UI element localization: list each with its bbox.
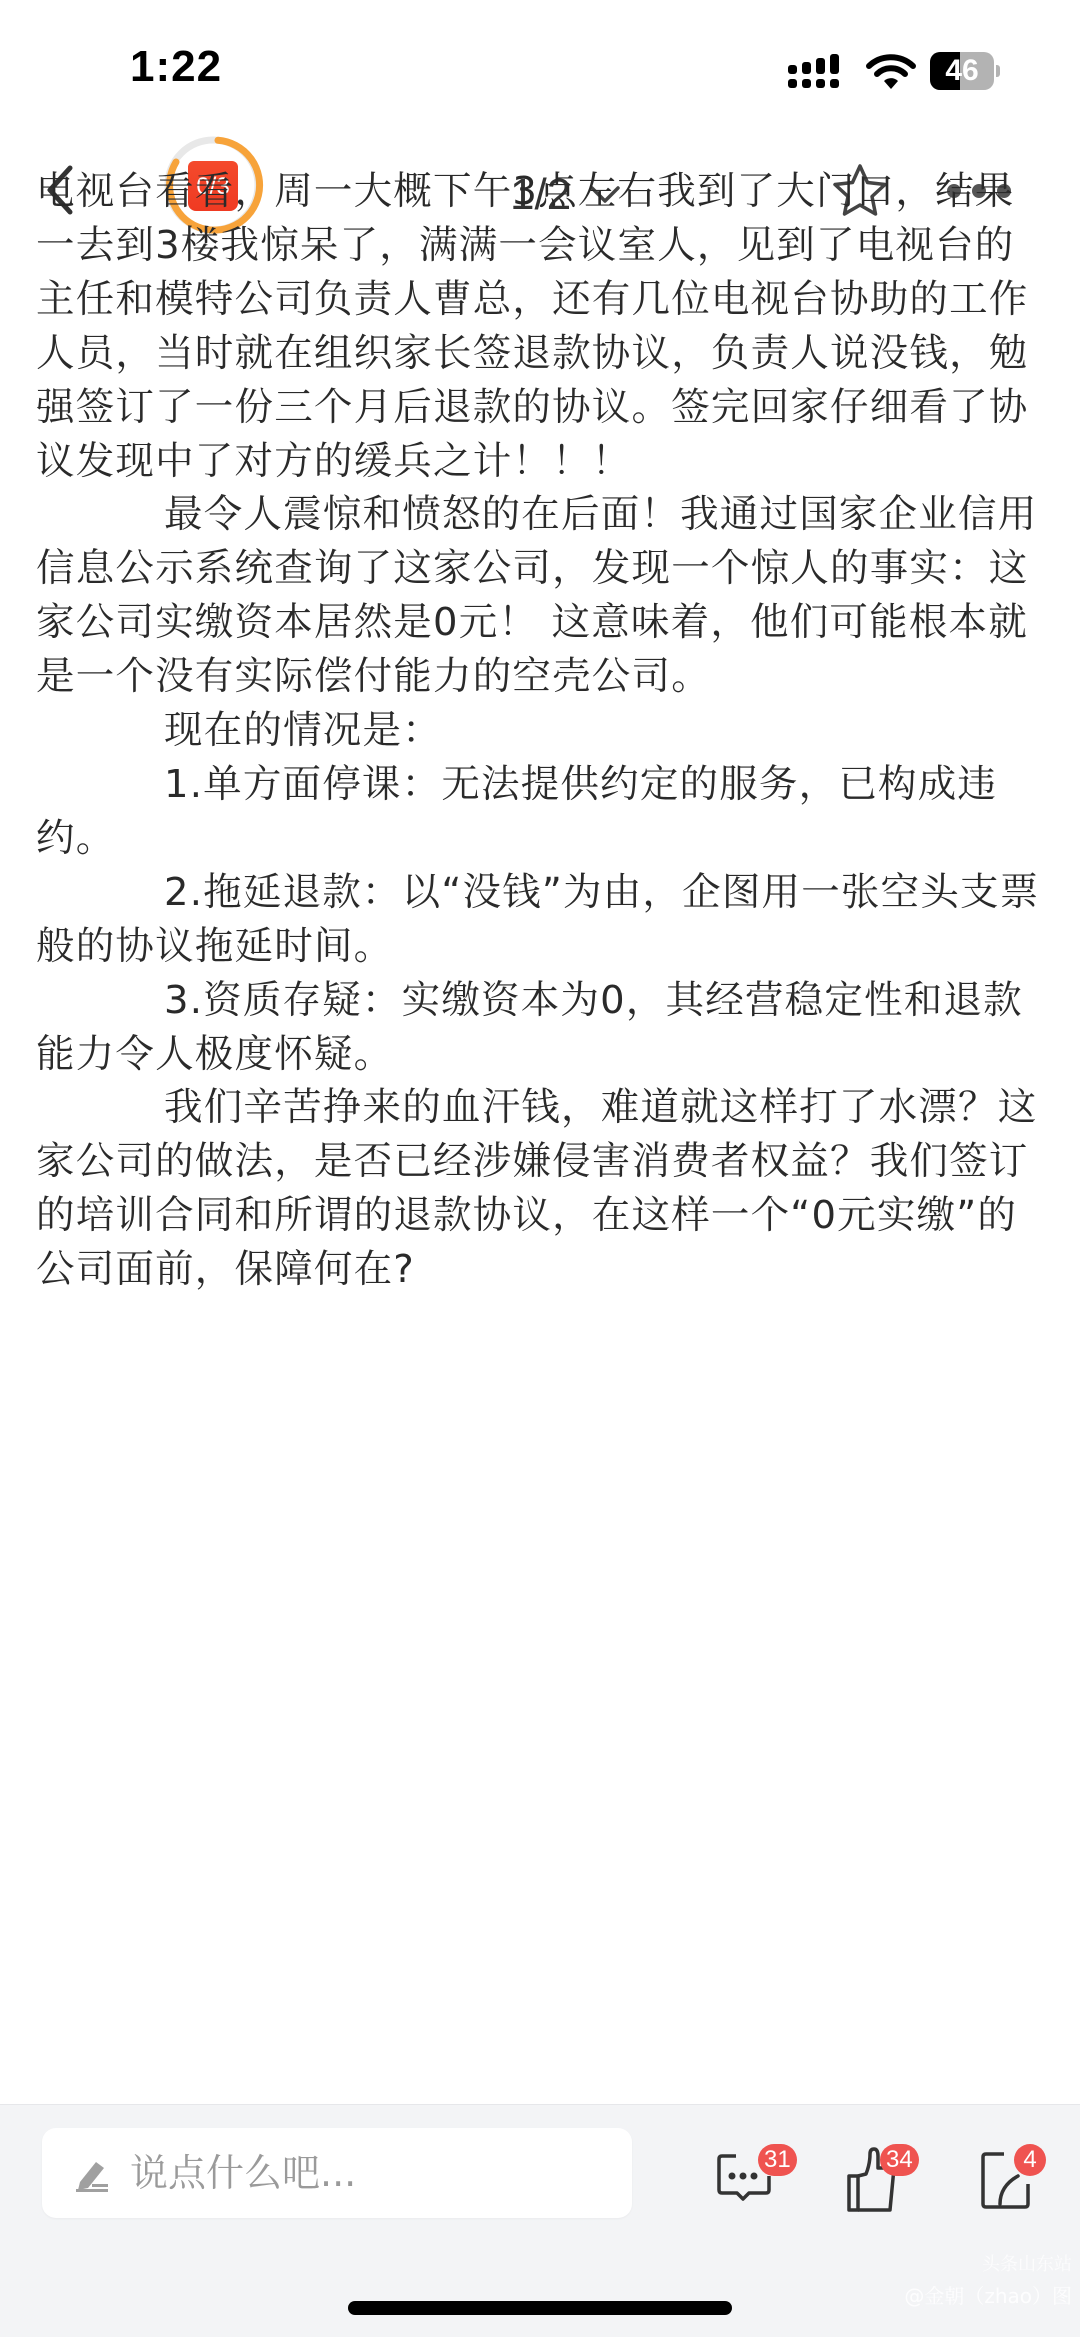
like-count-badge: 34: [880, 2144, 919, 2176]
watermark-source: 头条山东站: [982, 2250, 1072, 2276]
watermark-author: @金朝（zhao）图: [904, 2280, 1072, 2309]
article-paragraph: 现在的情况是：: [36, 704, 1046, 758]
status-time: 1:22: [130, 42, 222, 92]
share-button[interactable]: 4: [980, 2144, 1050, 2214]
comment-placeholder: 说点什么吧...: [130, 2146, 356, 2200]
share-count-badge: 4: [1014, 2144, 1046, 2176]
pencil-icon: [72, 2154, 112, 2194]
article-paragraph: 2.拖延退款：以“没钱”为由，企图用一张空头支票般的协议拖延时间。: [36, 866, 1046, 974]
article-body: 电视台看看，周一大概下午3点左右我到了大门口，结果一去到3楼我惊呆了，满满一会议…: [36, 165, 1046, 1297]
article-paragraph: 3.资质存疑：实缴资本为0，其经营稳定性和退款能力令人极度怀疑。: [36, 974, 1046, 1082]
like-button[interactable]: 34: [846, 2144, 916, 2214]
comment-input[interactable]: 说点什么吧...: [42, 2128, 632, 2218]
comment-count-badge: 31: [758, 2144, 797, 2176]
article-paragraph: 电视台看看，周一大概下午3点左右我到了大门口，结果一去到3楼我惊呆了，满满一会议…: [36, 165, 1046, 488]
battery-level: 46: [930, 52, 994, 90]
article-paragraph: 1.单方面停课：无法提供约定的服务，已构成违约。: [36, 758, 1046, 866]
article-paragraph: 我们辛苦挣来的血汗钱，难道就这样打了水漂？这家公司的做法，是否已经涉嫌侵害消费者…: [36, 1081, 1046, 1297]
wifi-icon: [866, 52, 916, 92]
article-paragraph: 最令人震惊和愤怒的在后面！我通过国家企业信用信息公示系统查询了这家公司，发现一个…: [36, 488, 1046, 704]
comment-button[interactable]: 31: [712, 2144, 782, 2214]
battery-icon: 46: [930, 52, 1002, 92]
cellular-signal-icon: [786, 52, 846, 92]
home-indicator[interactable]: [348, 2301, 732, 2315]
status-bar: 1:22 46: [0, 0, 1080, 140]
